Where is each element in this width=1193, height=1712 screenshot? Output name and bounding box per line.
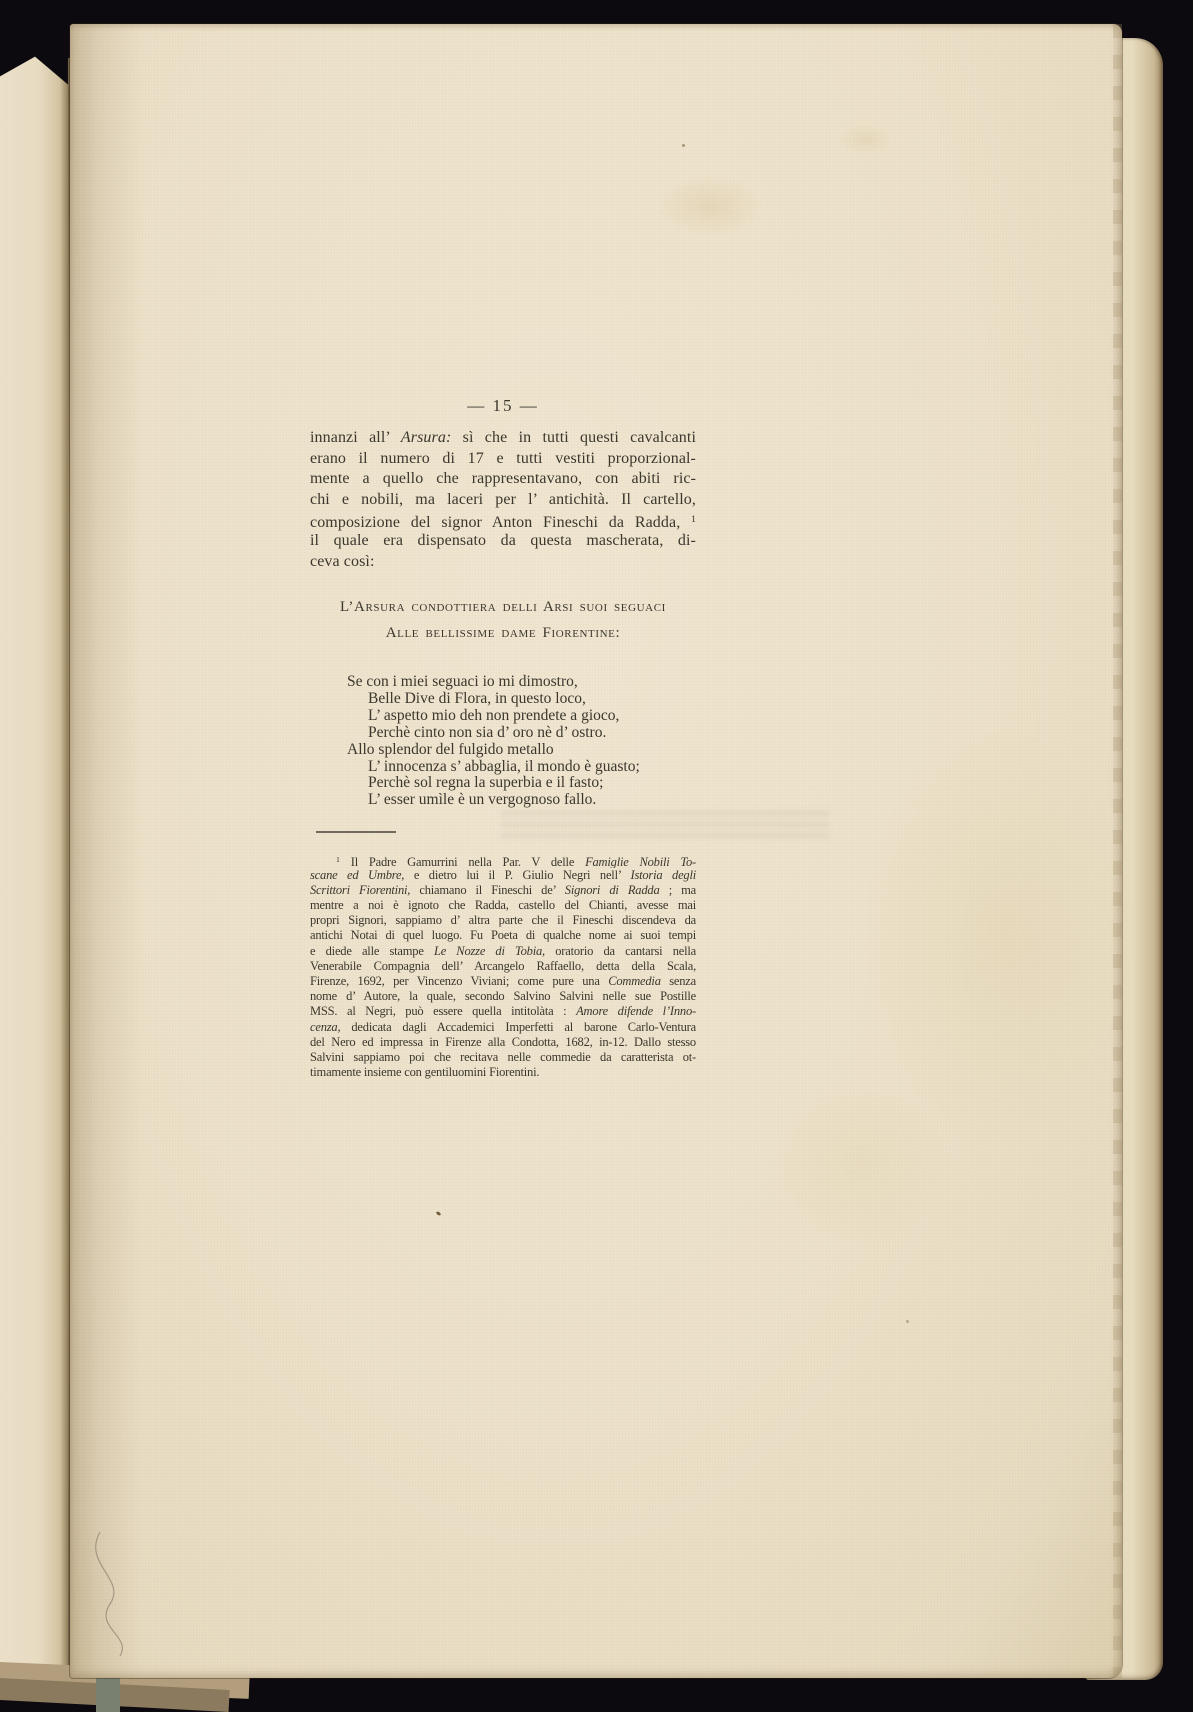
- poem: Se con i miei seguaci io mi dimostro, Be…: [347, 674, 640, 809]
- book-scan-photo: — 15 — innanzi all’ Arsura: sì che in tu…: [0, 0, 1193, 1712]
- footnote-line: Scrittori Fiorentini, chiamano il Finesc…: [310, 883, 696, 898]
- footnote-line: scane ed Umbre, e dietro lui il P. Giuli…: [310, 868, 696, 883]
- paragraph-line: ceva così:: [310, 552, 696, 573]
- poem-line: Belle Dive di Flora, in questo loco,: [368, 691, 640, 708]
- footnote-line: e diede alle stampe Le Nozze di Tobia, o…: [310, 944, 696, 959]
- poem-line: Allo splendor del fulgido metallo: [347, 742, 640, 759]
- footnote: 1 Il Padre Gamurrini nella Par. V delle …: [310, 852, 696, 1080]
- footnote-line: Venerabile Compagnia dell’ Arcangelo Raf…: [310, 959, 696, 974]
- poem-line: Se con i miei seguaci io mi dimostro,: [347, 674, 640, 691]
- footnote-line: Firenze, 1692, per Vincenzo Viviani; com…: [310, 974, 696, 989]
- deckle-edge: [1113, 24, 1122, 1678]
- page-stack-edges: [96, 1672, 120, 1712]
- book-page: — 15 — innanzi all’ Arsura: sì che in tu…: [70, 24, 1122, 1678]
- show-through-text: [500, 806, 830, 852]
- paper-speck: [682, 144, 685, 147]
- paragraph-line: erano il numero di 17 e tutti vestiti pr…: [310, 449, 696, 470]
- paper-speck: [906, 1320, 909, 1323]
- footnote-line: timamente insieme con gentiluomini Fiore…: [310, 1065, 696, 1080]
- paper-stain: [840, 124, 892, 154]
- paper-stain: [770, 1084, 950, 1244]
- poem-line: Perchè cinto non sia d’ oro nè d’ ostro.: [368, 725, 640, 742]
- footnote-line: cenza, dedicata dagli Accademici Imperfe…: [310, 1020, 696, 1035]
- poem-line: L’ esser umìle è un vergognoso fallo.: [368, 792, 640, 809]
- paragraph-line: mente a quello che rappresentavano, con …: [310, 469, 696, 490]
- main-paragraph: innanzi all’ Arsura: sì che in tutti que…: [310, 428, 696, 572]
- section-heading: L’Arsura condottiera delli Arsi suoi seg…: [310, 594, 696, 646]
- footnote-line: 1 Il Padre Gamurrini nella Par. V delle …: [310, 852, 696, 868]
- poem-line: Perchè sol regna la superbia e il fasto;: [368, 775, 640, 792]
- footnote-line: del Nero ed impressa in Firenze alla Con…: [310, 1035, 696, 1050]
- paragraph-line: il quale era dispensato da questa masche…: [310, 531, 696, 552]
- paper-stain: [655, 174, 765, 238]
- paragraph-line: composizione del signor Anton Fineschi d…: [310, 510, 696, 531]
- paper-stain: [860, 724, 1140, 1144]
- facing-page-edge: [0, 50, 70, 1700]
- footnote-line: nome d’ Autore, la quale, secondo Salvin…: [310, 989, 696, 1004]
- page-number: — 15 —: [310, 396, 696, 416]
- footnote-line: mentre a noi è ignoto che Radda, castell…: [310, 898, 696, 913]
- poem-line: L’ innocenza s’ abbaglia, il mondo è gua…: [368, 759, 640, 776]
- heading-line-1: L’Arsura condottiera delli Arsi suoi seg…: [310, 594, 696, 620]
- paragraph-line: innanzi all’ Arsura: sì che in tutti que…: [310, 428, 696, 449]
- footnote-line: Salvini sappiamo poi che recitava nelle …: [310, 1050, 696, 1065]
- paper-fiber: [72, 1524, 192, 1664]
- footnote-separator: [316, 831, 396, 833]
- poem-line: L’ aspetto mio deh non prendete a gioco,: [368, 708, 640, 725]
- footnote-line: propri Signori, sappiamo d’ altra parte …: [310, 913, 696, 928]
- footnote-line: MSS. al Negri, può essere quella intitol…: [310, 1004, 696, 1019]
- footnote-line: antichi Notai di quel luogo. Fu Poeta di…: [310, 928, 696, 943]
- heading-line-2: Alle bellissime dame Fiorentine:: [310, 620, 696, 646]
- paragraph-line: chi e nobili, ma laceri per l’ antichità…: [310, 490, 696, 511]
- paper-speck: [436, 1211, 442, 1216]
